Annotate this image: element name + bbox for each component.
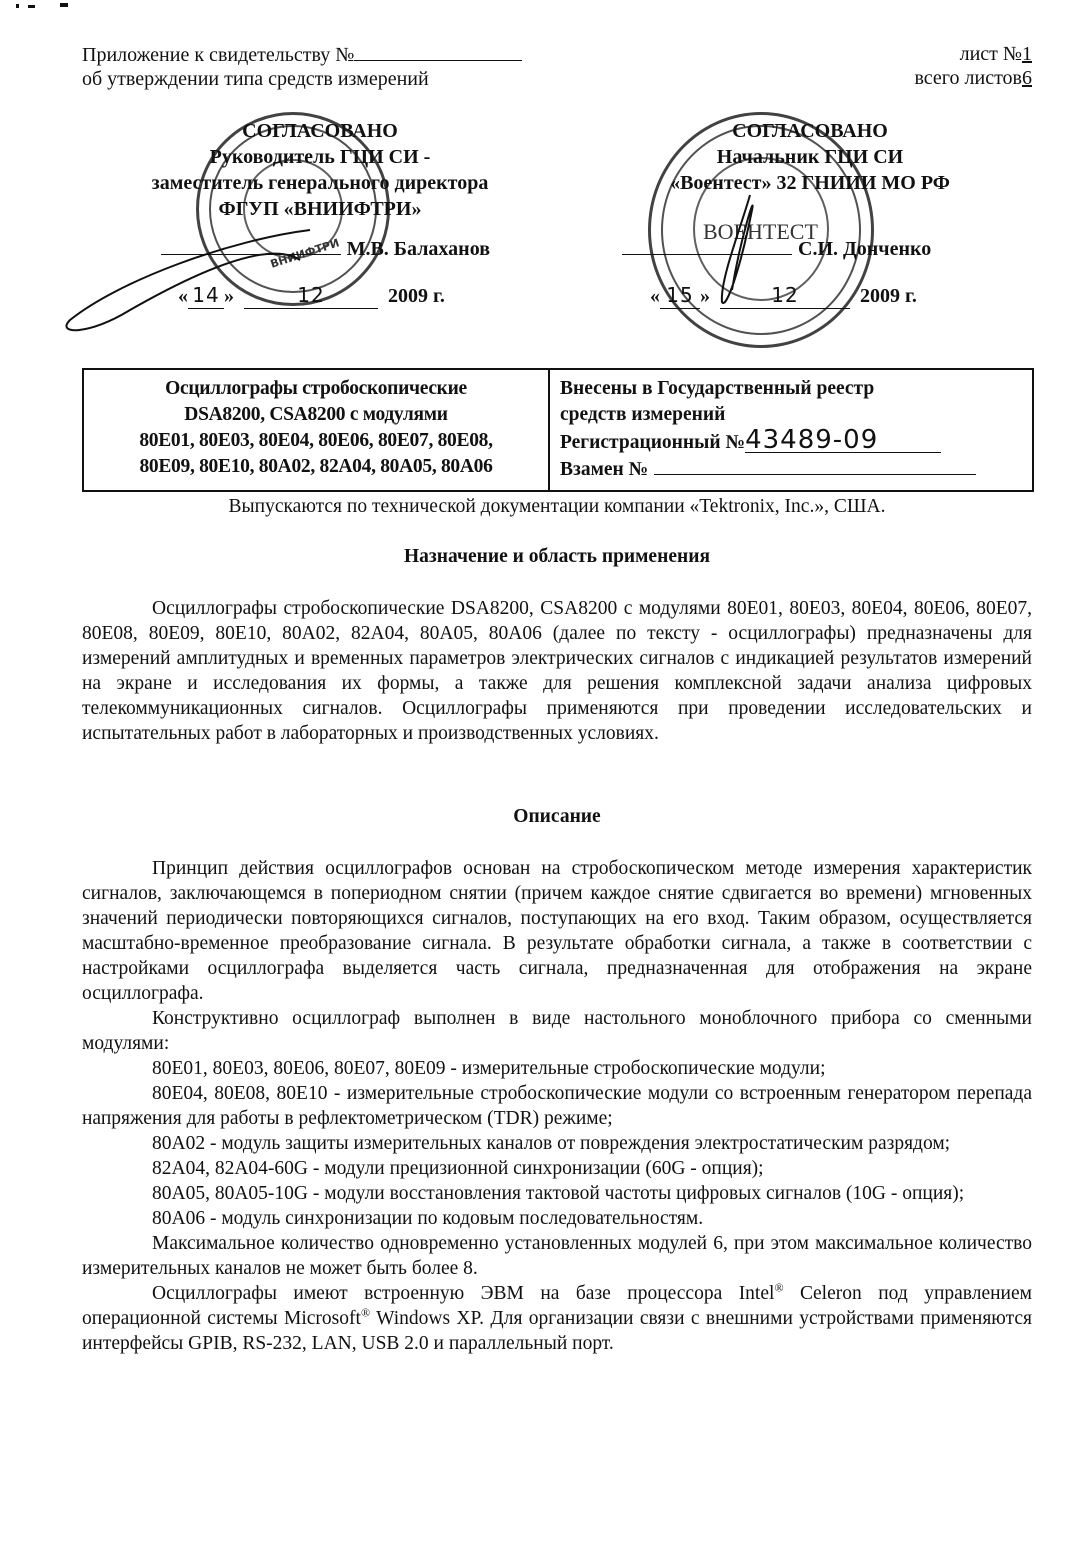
sheet-info: лист №1 всего листов6 xyxy=(914,42,1032,90)
instrument-line: 80E01, 80E03, 80E04, 80E06, 80E07, 80E08… xyxy=(84,428,548,454)
total-sheets-number: 6 xyxy=(1022,67,1032,89)
registration-label: Регистрационный № xyxy=(560,430,745,456)
purpose-paragraph: Осциллографы стробоскопические DSA8200, … xyxy=(82,596,1032,746)
approval-title: СОГЛАСОВАНО xyxy=(100,118,540,144)
module-item: 80A02 - модуль защиты измерительных кана… xyxy=(82,1131,1032,1156)
registration-number: 43489-09 xyxy=(745,428,941,453)
approval-position-2: заместитель генерального директора xyxy=(100,170,540,196)
module-item: 80E01, 80E03, 80E06, 80E07, 80E09 - изме… xyxy=(82,1056,1032,1081)
certificate-number-blank xyxy=(354,42,522,61)
registered-mark: ® xyxy=(774,1281,783,1295)
signer-name: С.И. Донченко xyxy=(798,236,931,262)
approval-organization: «Воентест» 32 ГНИИИ МО РФ xyxy=(600,170,1020,196)
instrument-line: 80E09, 80E10, 80A02, 82A04, 80A05, 80A06 xyxy=(84,454,548,480)
approval-day: 14 xyxy=(188,282,224,309)
instrument-line: DSA8200, CSA8200 с модулями xyxy=(84,402,548,428)
instrument-line: Осциллографы стробоскопические xyxy=(84,376,548,402)
text-fragment: Осциллографы имеют встроенную ЭВМ на баз… xyxy=(152,1283,774,1304)
approval-organization: ФГУП «ВНИИФТРИ» xyxy=(100,196,540,222)
section-title-purpose: Назначение и область применения xyxy=(82,546,1032,568)
signature-line xyxy=(622,254,792,255)
sheet-label: лист № xyxy=(960,43,1022,65)
signature-line xyxy=(161,254,341,255)
registry-info: Внесены в Государственный реестр средств… xyxy=(550,370,1032,490)
scan-artifacts xyxy=(14,2,74,10)
module-item: 80E04, 80E08, 80E10 - измерительные стро… xyxy=(82,1081,1032,1131)
replaces-label: Взамен № xyxy=(560,457,648,483)
certificate-annex-header: Приложение к свидетельству № об утвержде… xyxy=(82,42,522,91)
description-paragraph: Максимальное количество одновременно уст… xyxy=(82,1231,1032,1281)
description-paragraph: Осциллографы имеют встроенную ЭВМ на баз… xyxy=(82,1281,1032,1356)
description-body: Принцип действия осциллографов основан н… xyxy=(82,856,1032,1356)
approval-position: Руководитель ГЦИ СИ - xyxy=(100,144,540,170)
total-sheets-label: всего листов xyxy=(914,67,1022,89)
signer-name: М.В. Балаханов xyxy=(347,236,490,262)
manufacturer-note: Выпускаются по технической документации … xyxy=(82,494,1032,519)
approval-right: СОГЛАСОВАНО Начальник ГЦИ СИ «Воентест» … xyxy=(600,118,1020,309)
approval-left: СОГЛАСОВАНО Руководитель ГЦИ СИ - замест… xyxy=(100,118,540,309)
module-item: 80A06 - модуль синхронизации по кодовым … xyxy=(82,1206,1032,1231)
module-item: 82A04, 82A04-60G - модули прецизионной с… xyxy=(82,1156,1032,1181)
sheet-number: 1 xyxy=(1022,43,1032,65)
annex-label: Приложение к свидетельству № xyxy=(82,44,354,66)
purpose-text: Осциллографы стробоскопические DSA8200, … xyxy=(82,596,1032,746)
registry-box: Осциллографы стробоскопические DSA8200, … xyxy=(82,368,1034,492)
replaces-number-blank xyxy=(654,456,976,475)
annex-subtitle: об утверждении типа средств измерений xyxy=(82,67,522,91)
approval-position: Начальник ГЦИ СИ xyxy=(600,144,1020,170)
approval-month: 12 xyxy=(720,282,850,309)
description-paragraph: Конструктивно осциллограф выполнен в вид… xyxy=(82,1006,1032,1056)
approval-year: 2009 г. xyxy=(860,283,917,309)
module-item: 80A05, 80A05-10G - модули восстановления… xyxy=(82,1181,1032,1206)
approval-day: 15 xyxy=(660,282,700,309)
approval-title: СОГЛАСОВАНО xyxy=(600,118,1020,144)
approval-month: 12 xyxy=(244,282,378,309)
approval-year: 2009 г. xyxy=(388,283,445,309)
registered-mark: ® xyxy=(361,1306,370,1320)
registry-entered-label: Внесены в Государственный реестр xyxy=(560,376,1032,402)
instrument-name: Осциллографы стробоскопические DSA8200, … xyxy=(84,370,550,490)
description-paragraph: Принцип действия осциллографов основан н… xyxy=(82,856,1032,1006)
section-title-description: Описание xyxy=(82,806,1032,828)
